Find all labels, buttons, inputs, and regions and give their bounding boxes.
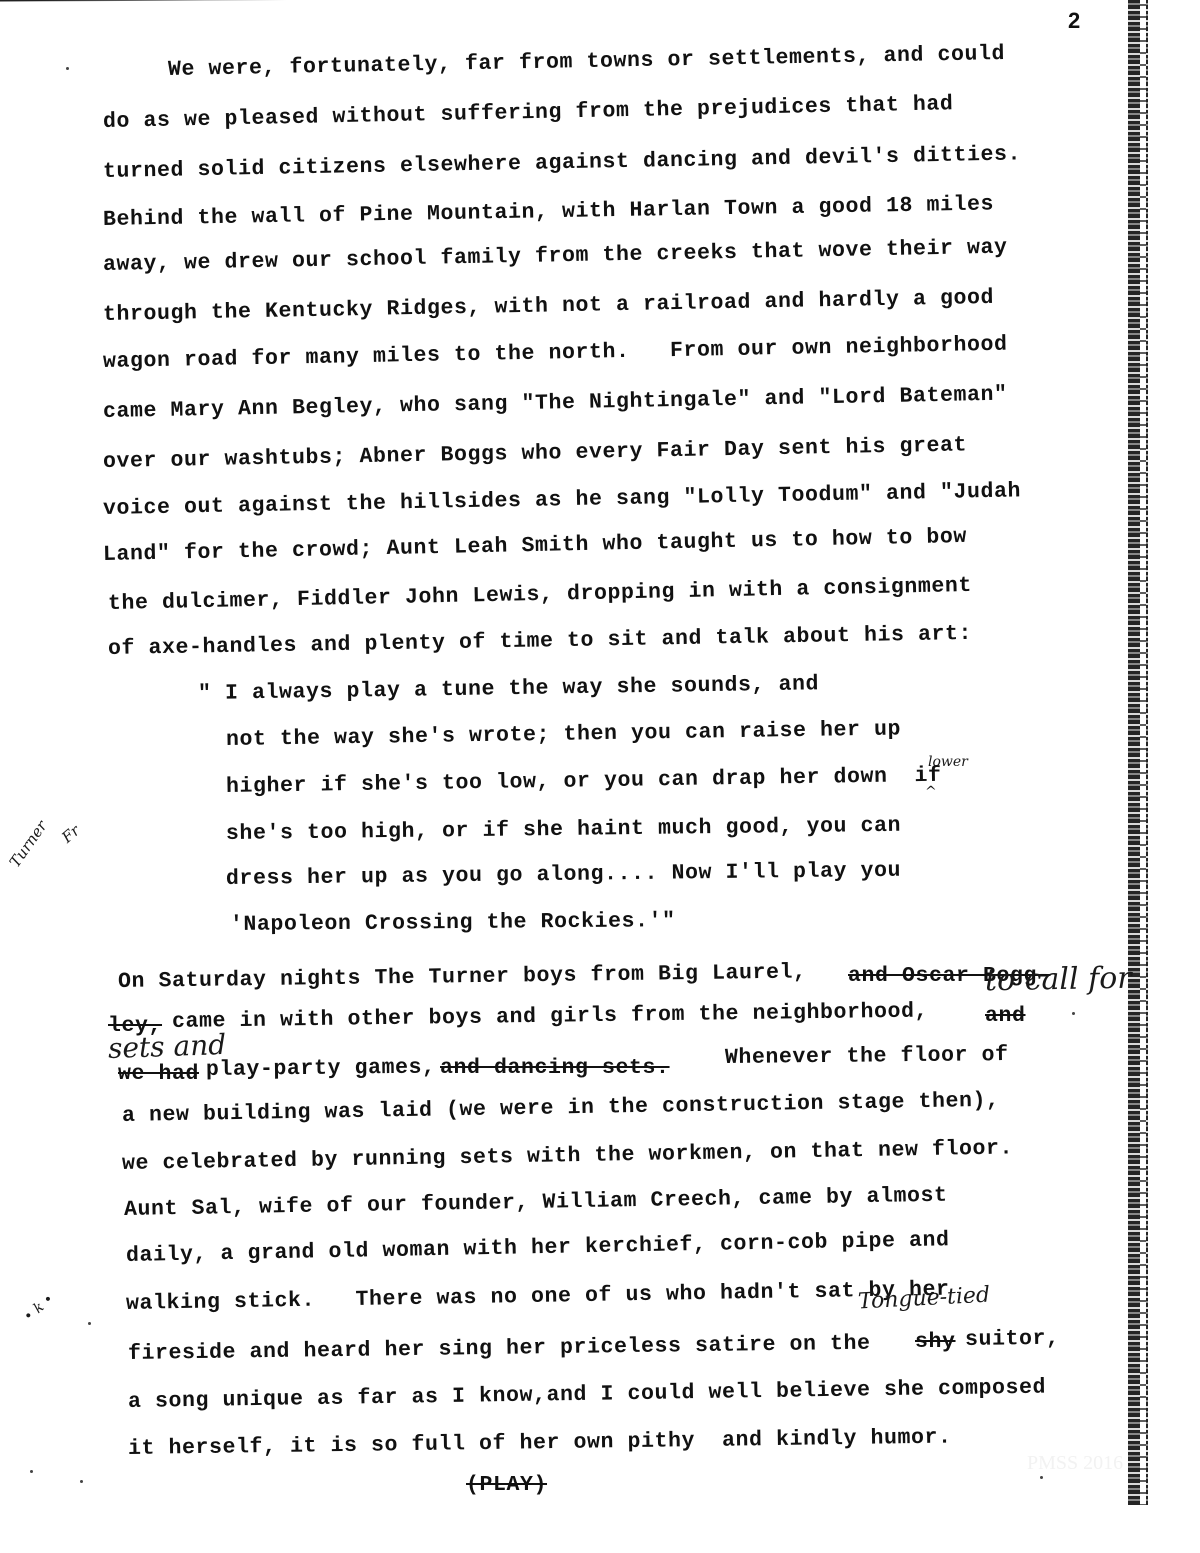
text-line: suitor, [965, 1327, 1060, 1352]
handwritten-note: ^ [925, 784, 937, 800]
scan-speck [30, 1470, 33, 1473]
text-line: came in with other boys and girls from t… [172, 999, 928, 1034]
scan-speck [1040, 1476, 1043, 1479]
handwritten-note: • k • [21, 1291, 57, 1325]
text-line: a new building was laid (we were in the … [122, 1089, 1000, 1128]
text-line: of axe-handles and plenty of time to sit… [108, 622, 972, 661]
scan-speck [66, 67, 69, 70]
text-line: 'Napoleon Crossing the Rockies.'" [230, 909, 676, 937]
text-line: came Mary Ann Begley, who sang "The Nigh… [103, 383, 1008, 424]
text-line: higher if she's too low, or you can drap… [226, 764, 942, 799]
text-line: dress her up as you go along.... Now I'l… [226, 859, 901, 891]
handwritten-note: to call for [985, 961, 1132, 999]
scan-speck [80, 1480, 83, 1483]
handwritten-note: Turner [6, 817, 51, 870]
text-line: voice out against the hillsides as he sa… [103, 479, 1021, 521]
text-line: over our washtubs; Abner Boggs who every… [103, 433, 967, 474]
handwritten-note: Fr [58, 821, 83, 846]
text-line: On Saturday nights The Turner boys from … [118, 960, 807, 994]
text-line: a song unique as far as I know,and I cou… [128, 1376, 1046, 1414]
text-line: it herself, it is so full of her own pit… [128, 1426, 952, 1461]
text-line: We were, fortunately, far from towns or … [168, 42, 1005, 82]
text-line: Land" for the crowd; Aunt Leah Smith who… [103, 525, 967, 567]
text-line: play-party games, [206, 1056, 436, 1082]
text-line: Behind the wall of Pine Mountain, with H… [103, 192, 994, 232]
handwritten-note: lower [928, 754, 968, 770]
text-line: " I always play a tune the way she sound… [198, 672, 819, 706]
scan-speck [88, 1322, 91, 1325]
scan-edge [1128, 0, 1148, 1505]
text-line: she's too high, or if she haint much goo… [226, 814, 901, 846]
struck-text: and dancing sets. [440, 1056, 670, 1080]
page-number: 2 [1068, 8, 1080, 34]
text-line: the dulcimer, Fiddler John Lewis, droppi… [108, 574, 972, 616]
text-line: turned solid citizens elsewhere against … [103, 142, 1021, 184]
text-line: not the way she's wrote; then you can ra… [226, 717, 901, 752]
text-line: away, we drew our school family from the… [103, 236, 1008, 277]
text-line: Whenever the floor of [725, 1043, 1009, 1070]
text-line: fireside and heard her sing her priceles… [128, 1332, 871, 1366]
scan-speck [1072, 1012, 1075, 1015]
struck-text: shy [915, 1330, 956, 1354]
text-line: through the Kentucky Ridges, with not a … [103, 286, 994, 327]
text-line: we celebrated by running sets with the w… [122, 1136, 1013, 1176]
text-line: walking stick. There was no one of us wh… [126, 1278, 950, 1316]
struck-text: we had [118, 1062, 199, 1086]
top-rule [0, 0, 1115, 4]
struck-text: and [985, 1004, 1026, 1028]
text-line: wagon road for many miles to the north. … [103, 333, 1008, 374]
text-line: do as we pleased without suffering from … [103, 92, 954, 134]
struck-text: (PLAY) [466, 1473, 547, 1497]
handwritten-note: sets and [107, 1028, 226, 1065]
watermark: PMSS 2016 [1027, 1452, 1123, 1475]
text-line: Aunt Sal, wife of our founder, William C… [124, 1184, 948, 1222]
text-line: daily, a grand old woman with her kerchi… [126, 1228, 950, 1268]
